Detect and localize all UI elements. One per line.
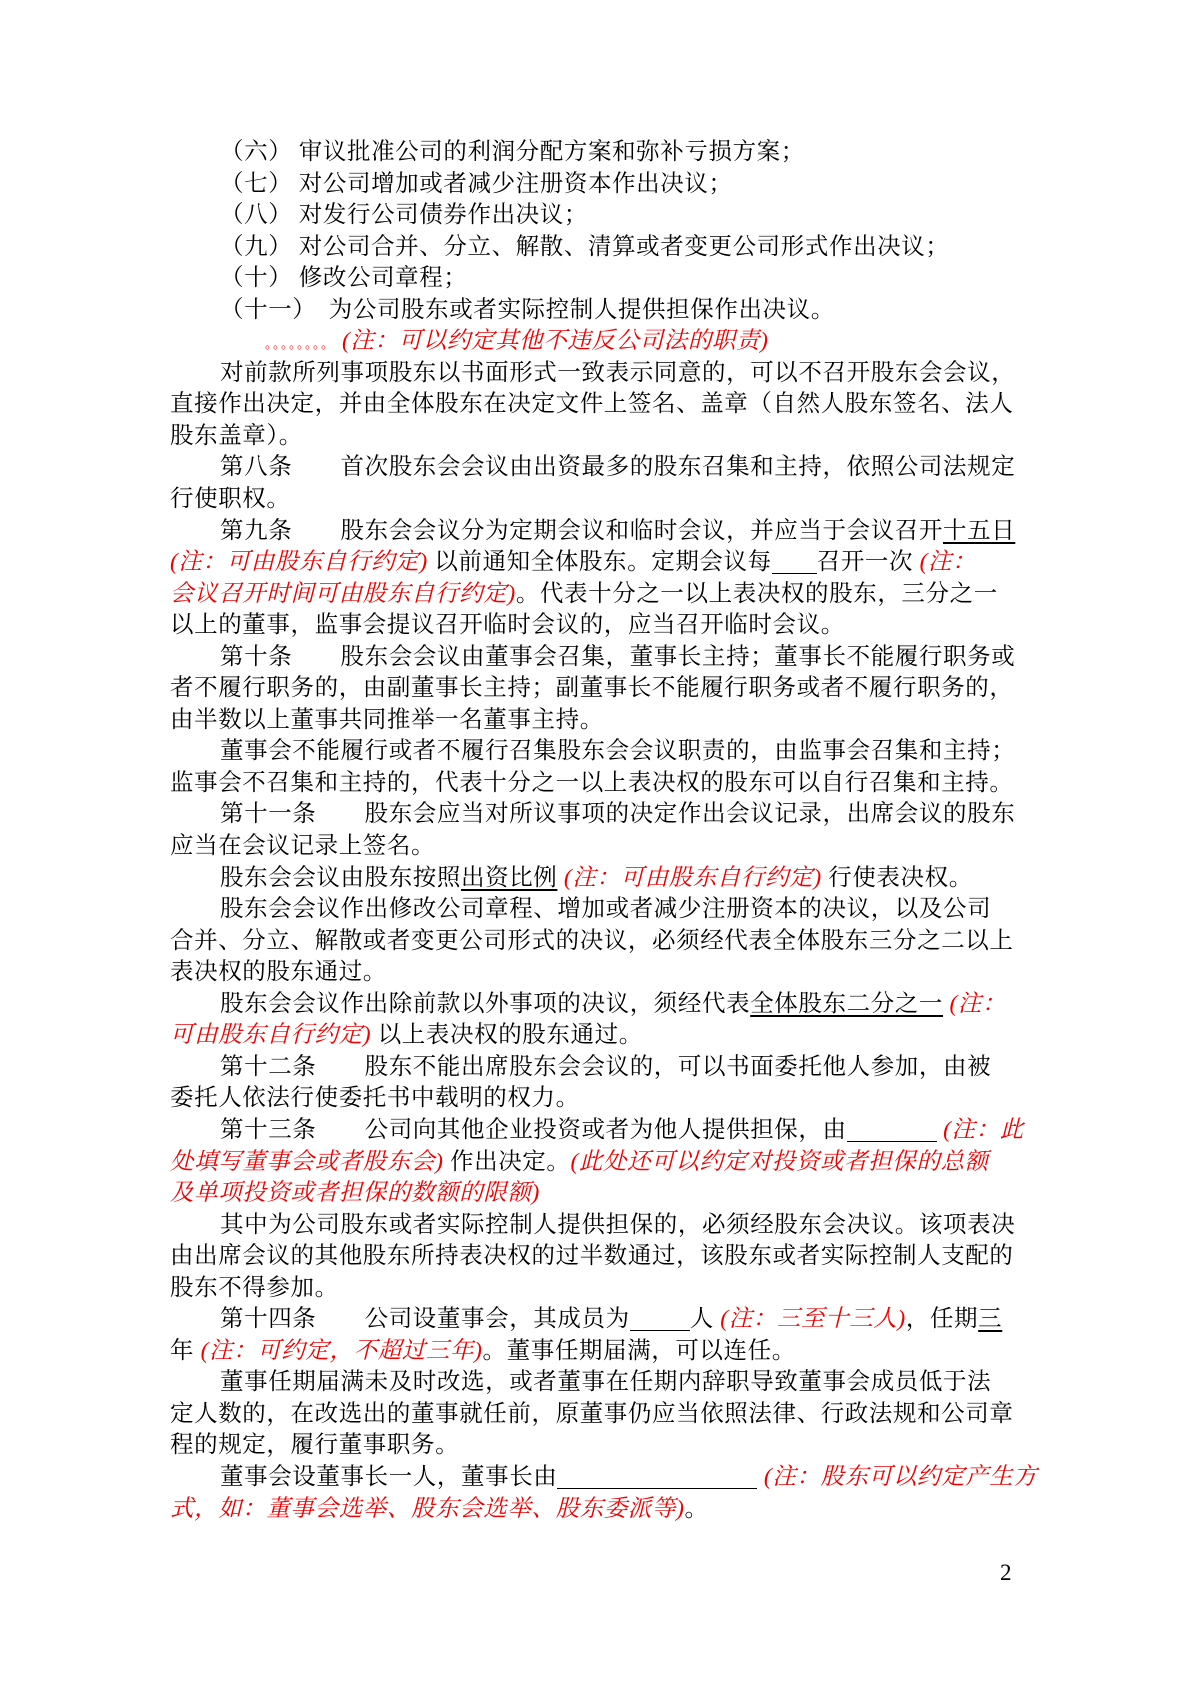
document-line: （六） 审议批准公司的利润分配方案和弥补亏损方案； (170, 137, 1040, 169)
body-text: （七） 对公司增加或者减少注册资本作出决议； (220, 171, 733, 197)
document-line: 第十一条 股东会应当对所议事项的决定作出会议记录，出席会议的股东 (170, 799, 1040, 831)
document-line: 委托人依法行使委托书中载明的权力。 (170, 1083, 1040, 1115)
body-text: 以前通知全体股东。定期会议每 (428, 549, 772, 575)
body-text: 第八条 首次股东会会议由出资最多的股东召集和主持，依照公司法规定 (220, 454, 1015, 480)
body-text: 董事会设董事长一人，董事长由 (220, 1464, 557, 1490)
body-text: 股东盖章）。 (170, 423, 303, 449)
document-line: （八） 对发行公司债券作出决议； (170, 200, 1040, 232)
body-text: 以上表决权的股东通过。 (371, 1022, 643, 1048)
document-line: 行使职权。 (170, 484, 1040, 516)
annotation-text: (注：此 (943, 1117, 1024, 1143)
body-text: 其中为公司股东或者实际控制人提供担保的，必须经股东会决议。该项表决 (220, 1212, 1015, 1238)
body-text: 人 (690, 1306, 721, 1332)
document-line: 股东会会议作出修改公司章程、增加或者减少注册资本的决议，以及公司 (170, 894, 1040, 926)
document-line: 由出席会议的其他股东所持表决权的过半数通过，该股东或者实际控制人支配的 (170, 1241, 1040, 1273)
body-text: 。董事任期届满，可以连任。 (483, 1338, 796, 1364)
annotation-text: (此处还可以约定对投资或者担保的总额 (571, 1149, 989, 1175)
annotation-text: (注： (920, 549, 977, 575)
annotation-text: 会议召开时间可由股东自行约定) (170, 581, 516, 607)
body-text: 第十四条 公司设董事会，其成员为 (220, 1306, 630, 1332)
body-text: 由出席会议的其他股东所持表决权的过半数通过，该股东或者实际控制人支配的 (170, 1243, 1014, 1269)
document-line: 董事会设董事长一人，董事长由 (注：股东可以约定产生方 (170, 1462, 1040, 1494)
body-text: 董事任期届满未及时改选，或者董事在任期内辞职导致董事会成员低于法 (220, 1369, 991, 1395)
body-text: 股东会会议作出修改公司章程、增加或者减少注册资本的决议，以及公司 (220, 896, 991, 922)
body-text: 以上的董事，监事会提议召开临时会议的，应当召开临时会议。 (170, 612, 845, 638)
document-line: 第八条 首次股东会会议由出资最多的股东召集和主持，依照公司法规定 (170, 452, 1040, 484)
body-text: 董事会不能履行或者不履行召集股东会会议职责的，由监事会召集和主持； (220, 738, 1015, 764)
fill-in-blank[interactable] (630, 1306, 690, 1331)
body-text: 委托人依法行使委托书中载明的权力。 (170, 1085, 580, 1111)
body-text: 应当在会议记录上签名。 (170, 833, 435, 859)
document-line: 式，如：董事会选举、股东会选举、股东委派等)。 (170, 1494, 1040, 1526)
body-text: 定人数的，在改选出的董事就任前，原董事仍应当依照法律、行政法规和公司章 (170, 1401, 1014, 1427)
body-text: 第九条 股东会会议分为定期会议和临时会议，并应当于会议召开 (220, 518, 943, 544)
body-text: 者不履行职务的，由副董事长主持；副董事长不能履行职务或者不履行职务的， (170, 675, 1014, 701)
annotation-text: (注：股东可以约定产生方 (764, 1464, 1038, 1490)
document-line: 者不履行职务的，由副董事长主持；副董事长不能履行职务或者不履行职务的， (170, 673, 1040, 705)
document-line: 程的规定，履行董事职务。 (170, 1430, 1040, 1462)
document-line: （九） 对公司合并、分立、解散、清算或者变更公司形式作出决议； (170, 232, 1040, 264)
annotation-text: 处填写董事会或者股东会) (170, 1149, 444, 1175)
document-line: (注：可由股东自行约定) 以前通知全体股东。定期会议每召开一次 (注： (170, 547, 1040, 579)
document-line: （十一） 为公司股东或者实际控制人提供担保作出决议。 (170, 295, 1040, 327)
document-line: 年 (注：可约定，不超过三年)。董事任期届满，可以连任。 (170, 1336, 1040, 1368)
document-line: 直接作出决定，并由全体股东在决定文件上签名、盖章（自然人股东签名、法人 (170, 389, 1040, 421)
annotation-text: 式，如：董事会选举、股东会选举、股东委派等) (170, 1496, 685, 1522)
document-line: 定人数的，在改选出的董事就任前，原董事仍应当依照法律、行政法规和公司章 (170, 1399, 1040, 1431)
document-line: 及单项投资或者担保的数额的限额) (170, 1178, 1040, 1210)
fill-in-blank[interactable] (772, 549, 817, 574)
annotation-text: (注： (950, 991, 1007, 1017)
underlined-text: 出资比例 (461, 865, 557, 891)
document-line: 股东会会议由股东按照出资比例 (注：可由股东自行约定) 行使表决权。 (170, 863, 1040, 895)
body-text: 作出决定。 (444, 1149, 571, 1175)
document-line: 第十四条 公司设董事会，其成员为人 (注：三至十三人)，任期三 (170, 1304, 1040, 1336)
document-body: （六） 审议批准公司的利润分配方案和弥补亏损方案；（七） 对公司增加或者减少注册… (170, 137, 1040, 1525)
document-line: 股东盖章）。 (170, 421, 1040, 453)
document-line: 以上的董事，监事会提议召开临时会议的，应当召开临时会议。 (170, 610, 1040, 642)
document-line: 处填写董事会或者股东会) 作出决定。(此处还可以约定对投资或者担保的总额 (170, 1147, 1040, 1179)
underlined-text: 三 (978, 1306, 1002, 1332)
body-text: 行使表决权。 (822, 865, 973, 891)
underlined-text: 十五日 (943, 518, 1015, 544)
document-line: 会议召开时间可由股东自行约定)。代表十分之一以上表决权的股东，三分之一 (170, 579, 1040, 611)
body-text: （八） 对发行公司债券作出决议； (220, 202, 588, 228)
document-line: （七） 对公司增加或者减少注册资本作出决议； (170, 169, 1040, 201)
body-text: 对前款所列事项股东以书面形式一致表示同意的，可以不召开股东会会议， (220, 360, 1015, 386)
body-text: 召开一次 (817, 549, 920, 575)
body-text: 年 (170, 1338, 201, 1364)
body-text: 股东不得参加。 (170, 1275, 339, 1301)
document-line: 应当在会议记录上签名。 (170, 831, 1040, 863)
body-text: （六） 审议批准公司的利润分配方案和弥补亏损方案； (220, 139, 805, 165)
document-line: 第十三条 公司向其他企业投资或者为他人提供担保，由 (注：此 (170, 1115, 1040, 1147)
document-line: 股东会会议作出除前款以外事项的决议，须经代表全体股东二分之一 (注： (170, 989, 1040, 1021)
body-text: 表决权的股东通过。 (170, 959, 387, 985)
body-text: 第十一条 股东会应当对所议事项的决定作出会议记录，出席会议的股东 (220, 801, 1015, 827)
document-line: 董事任期届满未及时改选，或者董事在任期内辞职导致董事会成员低于法 (170, 1367, 1040, 1399)
body-text: 。 (685, 1496, 709, 1522)
body-text: 第十三条 公司向其他企业投资或者为他人提供担保，由 (220, 1117, 847, 1143)
annotation-text: (注：可由股东自行约定) (564, 865, 822, 891)
body-text: 由半数以上董事共同推举一名董事主持。 (170, 707, 604, 733)
document-line: 表决权的股东通过。 (170, 957, 1040, 989)
underlined-text: 全体股东二分之一 (750, 991, 943, 1017)
annotation-text: 可由股东自行约定) (170, 1022, 371, 1048)
annotation-text: (注：可由股东自行约定) (170, 549, 428, 575)
body-text: （十） 修改公司章程； (220, 265, 467, 291)
body-text: 直接作出决定，并由全体股东在决定文件上签名、盖章（自然人股东签名、法人 (170, 391, 1014, 417)
body-text: 行使职权。 (170, 486, 291, 512)
body-text: 股东会会议由股东按照 (220, 865, 461, 891)
document-line: （十） 修改公司章程； (170, 263, 1040, 295)
body-text: 。代表十分之一以上表决权的股东，三分之一 (516, 581, 998, 607)
fill-in-blank[interactable] (847, 1117, 937, 1142)
body-text: 监事会不召集和主持的，代表十分之一以上表决权的股东可以自行召集和主持。 (170, 770, 1014, 796)
body-text: ，任期 (906, 1306, 978, 1332)
body-text: （九） 对公司合并、分立、解散、清算或者变更公司形式作出决议； (220, 234, 949, 260)
body-text: 第十条 股东会会议由董事会召集，董事长主持；董事长不能履行职务或 (220, 644, 1015, 670)
body-text: （十一） 为公司股东或者实际控制人提供担保作出决议。 (220, 297, 835, 323)
annotation-text: 及单项投资或者担保的数额的限额) (170, 1180, 540, 1206)
ellipsis-dots: 。。。。。。。。 (265, 336, 336, 351)
document-line: 第九条 股东会会议分为定期会议和临时会议，并应当于会议召开十五日 (170, 516, 1040, 548)
document-line: 第十二条 股东不能出席股东会会议的，可以书面委托他人参加，由被 (170, 1052, 1040, 1084)
annotation-text: (注：三至十三人) (720, 1306, 906, 1332)
page-number: 2 (1000, 1560, 1012, 1586)
annotation-text: (注：可约定，不超过三年) (201, 1338, 483, 1364)
document-line: 对前款所列事项股东以书面形式一致表示同意的，可以不召开股东会会议， (170, 358, 1040, 390)
document-line: 监事会不召集和主持的，代表十分之一以上表决权的股东可以自行召集和主持。 (170, 768, 1040, 800)
body-text: 程的规定，履行董事职务。 (170, 1432, 459, 1458)
document-line: 可由股东自行约定) 以上表决权的股东通过。 (170, 1020, 1040, 1052)
document-line: 合并、分立、解散或者变更公司形式的决议，必须经代表全体股东三分之二以上 (170, 926, 1040, 958)
document-page: （六） 审议批准公司的利润分配方案和弥补亏损方案；（七） 对公司增加或者减少注册… (0, 0, 1190, 1683)
annotation-text: (注：可以约定其他不违反公司法的职责) (336, 328, 769, 354)
fill-in-blank[interactable] (557, 1464, 757, 1489)
body-text: 第十二条 股东不能出席股东会会议的，可以书面委托他人参加，由被 (220, 1054, 991, 1080)
document-line: 第十条 股东会会议由董事会召集，董事长主持；董事长不能履行职务或 (170, 642, 1040, 674)
document-line: 其中为公司股东或者实际控制人提供担保的，必须经股东会决议。该项表决 (170, 1210, 1040, 1242)
body-text: 股东会会议作出除前款以外事项的决议，须经代表 (220, 991, 750, 1017)
document-line: 由半数以上董事共同推举一名董事主持。 (170, 705, 1040, 737)
document-line: 。。。。。。。。 (注：可以约定其他不违反公司法的职责) (170, 326, 1040, 358)
document-line: 董事会不能履行或者不履行召集股东会会议职责的，由监事会召集和主持； (170, 736, 1040, 768)
document-line: 股东不得参加。 (170, 1273, 1040, 1305)
body-text: 合并、分立、解散或者变更公司形式的决议，必须经代表全体股东三分之二以上 (170, 928, 1014, 954)
